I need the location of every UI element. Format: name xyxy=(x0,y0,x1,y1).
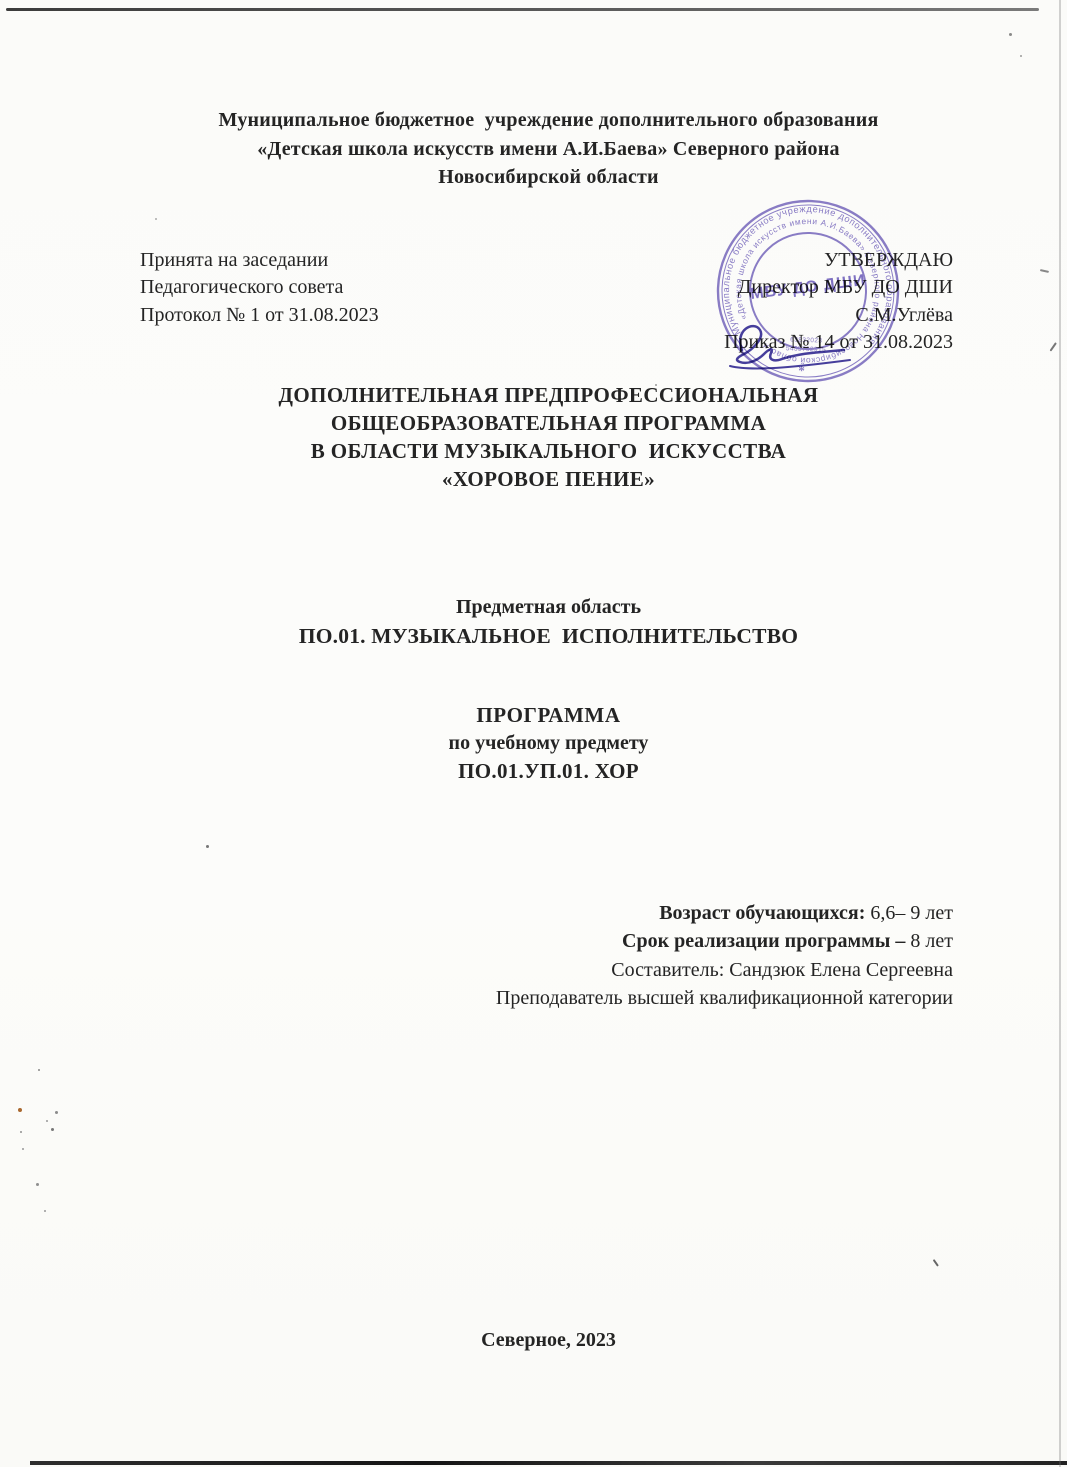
institution-name-line1: Муниципальное бюджетное учреждение допол… xyxy=(30,106,1067,135)
scan-speck-6 xyxy=(55,1111,58,1114)
scan-speck-4 xyxy=(18,1108,22,1112)
qualification-line: Преподаватель высшей квалификационной ка… xyxy=(496,984,953,1012)
signature-underline xyxy=(730,360,850,368)
acceptance-line3: Протокол № 1 от 31.08.2023 xyxy=(140,302,379,329)
program-subtitle: по учебному предмету xyxy=(30,729,1067,757)
scan-speck-1 xyxy=(1009,33,1012,36)
acceptance-block: Принята на заседании Педагогического сов… xyxy=(140,247,379,329)
scan-speck-13 xyxy=(655,384,657,386)
scan-speck-10 xyxy=(22,1148,24,1150)
title-line1: ДОПОЛНИТЕЛЬНАЯ ПРЕДПРОФЕССИОНАЛЬНАЯ xyxy=(30,381,1067,409)
scan-speck-3 xyxy=(206,845,209,848)
scan-speck-7 xyxy=(46,1120,48,1122)
program-block: ПРОГРАММА по учебному предмету ПО.01.УП.… xyxy=(30,701,1067,785)
age-value: 6,6– 9 лет xyxy=(865,902,953,924)
title-line2: ОБЩЕОБРАЗОВАТЕЛЬНАЯ ПРОГРАММА xyxy=(30,409,1067,437)
director-signature xyxy=(724,316,859,374)
scan-speck-14 xyxy=(155,218,157,220)
city-year-text: Северное, 2023 xyxy=(30,1329,1067,1352)
footer-city-year: Северное, 2023 xyxy=(30,1329,1067,1352)
program-word: ПРОГРАММА xyxy=(30,701,1067,729)
acceptance-line1: Принята на заседании xyxy=(140,247,379,274)
age-line: Возраст обучающихся: 6,6– 9 лет xyxy=(496,899,953,927)
scan-edge-top xyxy=(6,8,1039,11)
term-label: Срок реализации программы – xyxy=(622,930,905,952)
subject-area-block: Предметная область ПО.01. МУЗЫКАЛЬНОЕ ИС… xyxy=(30,593,1067,650)
title-line4: «ХОРОВОЕ ПЕНИЕ» xyxy=(30,465,1067,493)
composer-line: Составитель: Сандзюк Елена Сергеевна xyxy=(496,956,953,984)
term-line: Срок реализации программы – 8 лет xyxy=(496,927,953,955)
term-value: 8 лет xyxy=(905,930,953,952)
scan-mark-3 xyxy=(1050,342,1057,351)
scan-speck-11 xyxy=(36,1183,39,1186)
age-label: Возраст обучающихся: xyxy=(659,902,865,924)
scan-mark-1 xyxy=(933,1259,939,1266)
acceptance-line2: Педагогического совета xyxy=(140,274,379,301)
stamp-center-text: МБУ ДО ДШИ xyxy=(749,272,866,303)
institution-name-line2: «Детская школа искусств имени А.И.Баева»… xyxy=(30,135,1067,164)
signature-flourish xyxy=(737,326,844,363)
scan-mark-2 xyxy=(1040,269,1049,272)
institution-name-line3: Новосибирской области xyxy=(30,163,1067,192)
program-main-title: ДОПОЛНИТЕЛЬНАЯ ПРЕДПРОФЕССИОНАЛЬНАЯ ОБЩЕ… xyxy=(30,381,1067,493)
scan-speck-5 xyxy=(38,1069,40,1071)
scan-edge-bottom xyxy=(30,1461,1067,1465)
title-line3: В ОБЛАСТИ МУЗЫКАЛЬНОГО ИСКУССТВА xyxy=(30,437,1067,465)
scan-speck-8 xyxy=(51,1128,54,1131)
program-subject-code: ПО.01.УП.01. ХОР xyxy=(30,757,1067,785)
scan-speck-2 xyxy=(1020,55,1022,57)
scan-speck-12 xyxy=(44,1210,46,1212)
scanned-document-page: Муниципальное бюджетное учреждение допол… xyxy=(0,0,1067,1467)
program-details-block: Возраст обучающихся: 6,6– 9 лет Срок реа… xyxy=(496,899,953,1012)
subject-area-value: ПО.01. МУЗЫКАЛЬНОЕ ИСПОЛНИТЕЛЬСТВО xyxy=(30,622,1067,651)
scan-speck-9 xyxy=(20,1131,22,1133)
subject-area-label: Предметная область xyxy=(30,593,1067,622)
institution-header: Муниципальное бюджетное учреждение допол… xyxy=(30,106,1067,192)
